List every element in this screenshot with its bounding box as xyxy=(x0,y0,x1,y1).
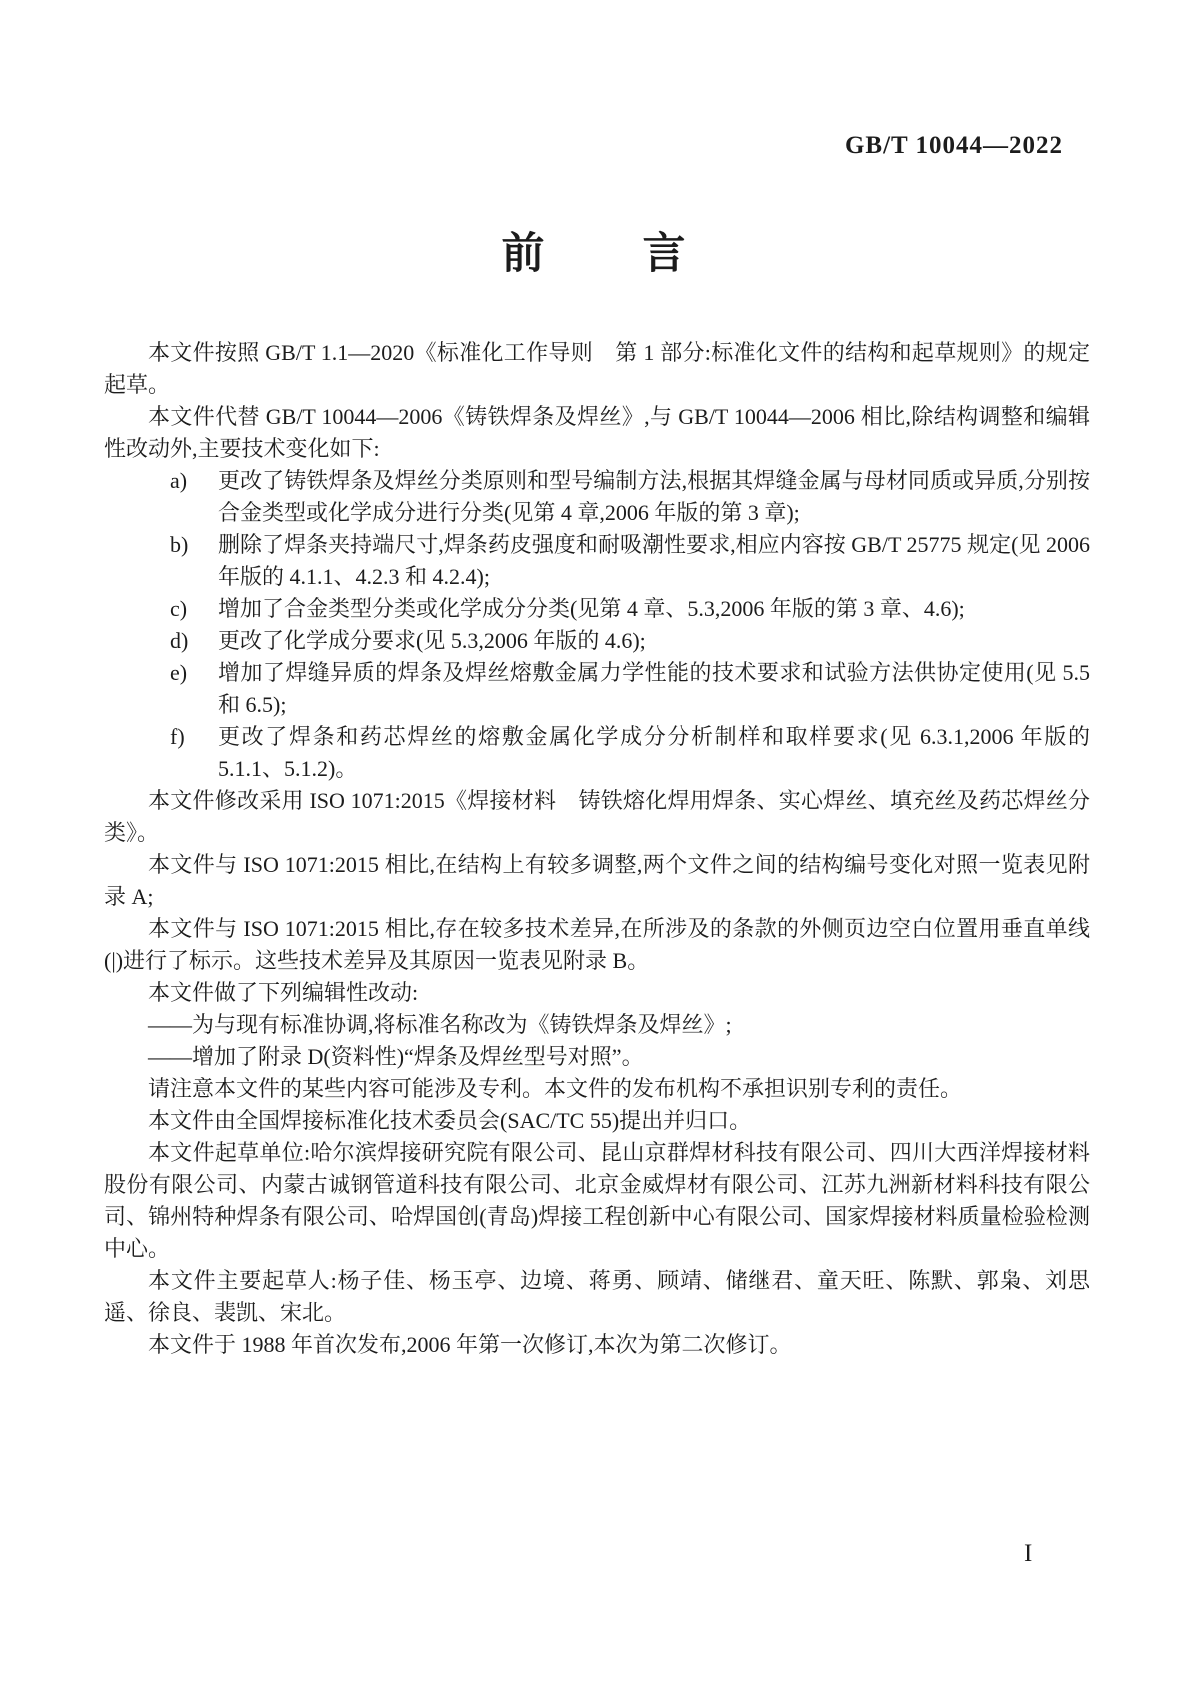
paragraph: 本文件代替 GB/T 10044—2006《铸铁焊条及焊丝》,与 GB/T 10… xyxy=(104,401,1090,465)
list-item-label: d) xyxy=(170,625,188,657)
paragraph: 本文件修改采用 ISO 1071:2015《焊接材料 铸铁熔化焊用焊条、实心焊丝… xyxy=(104,785,1090,849)
paragraph: 本文件主要起草人:杨子佳、杨玉亭、边境、蒋勇、顾靖、储继君、童天旺、陈默、郭枭、… xyxy=(104,1265,1090,1329)
change-list-item: b)删除了焊条夹持端尺寸,焊条药皮强度和耐吸潮性要求,相应内容按 GB/T 25… xyxy=(104,529,1090,593)
change-list-item: c)增加了合金类型分类或化学成分分类(见第 4 章、5.3,2006 年版的第 … xyxy=(104,593,1090,625)
paragraph: 本文件起草单位:哈尔滨焊接研究院有限公司、昆山京群焊材科技有限公司、四川大西洋焊… xyxy=(104,1137,1090,1265)
paragraph: 本文件由全国焊接标准化技术委员会(SAC/TC 55)提出并归口。 xyxy=(104,1105,1090,1137)
change-list-item: a)更改了铸铁焊条及焊丝分类原则和型号编制方法,根据其焊缝金属与母材同质或异质,… xyxy=(104,465,1090,529)
standard-code: GB/T 10044—2022 xyxy=(845,132,1063,160)
paragraph: 本文件按照 GB/T 1.1—2020《标准化工作导则 第 1 部分:标准化文件… xyxy=(104,337,1090,401)
page-number: I xyxy=(1024,1540,1032,1568)
list-item-label: b) xyxy=(170,529,188,561)
paragraph: 本文件与 ISO 1071:2015 相比,在结构上有较多调整,两个文件之间的结… xyxy=(104,849,1090,913)
list-item-text: 更改了焊条和药芯焊丝的熔敷金属化学成分分析制样和取样要求(见 6.3.1,200… xyxy=(218,724,1090,781)
list-item-text: 更改了铸铁焊条及焊丝分类原则和型号编制方法,根据其焊缝金属与母材同质或异质,分别… xyxy=(218,468,1090,525)
list-item-label: c) xyxy=(170,593,187,625)
change-list-item: d)更改了化学成分要求(见 5.3,2006 年版的 4.6); xyxy=(104,625,1090,657)
paragraph: 请注意本文件的某些内容可能涉及专利。本文件的发布机构不承担识别专利的责任。 xyxy=(104,1073,1090,1105)
page-title: 前 言 xyxy=(0,220,1191,281)
change-list-item: f)更改了焊条和药芯焊丝的熔敷金属化学成分分析制样和取样要求(见 6.3.1,2… xyxy=(104,721,1090,785)
list-item-label: f) xyxy=(170,721,185,753)
list-item-text: 增加了合金类型分类或化学成分分类(见第 4 章、5.3,2006 年版的第 3 … xyxy=(218,596,965,621)
list-item-text: 删除了焊条夹持端尺寸,焊条药皮强度和耐吸潮性要求,相应内容按 GB/T 2577… xyxy=(218,532,1090,589)
list-item-label: e) xyxy=(170,657,187,689)
list-item-text: 增加了焊缝异质的焊条及焊丝熔敷金属力学性能的技术要求和试验方法供协定使用(见 5… xyxy=(218,660,1090,717)
paragraph: 本文件与 ISO 1071:2015 相比,存在较多技术差异,在所涉及的条款的外… xyxy=(104,913,1090,977)
paragraph: ——为与现有标准协调,将标准名称改为《铸铁焊条及焊丝》; xyxy=(104,1009,1090,1041)
list-item-label: a) xyxy=(170,465,187,497)
paragraph: 本文件做了下列编辑性改动: xyxy=(104,977,1090,1009)
paragraph: 本文件于 1988 年首次发布,2006 年第一次修订,本次为第二次修订。 xyxy=(104,1329,1090,1361)
foreword-body: 本文件按照 GB/T 1.1—2020《标准化工作导则 第 1 部分:标准化文件… xyxy=(104,337,1090,1361)
list-item-text: 更改了化学成分要求(见 5.3,2006 年版的 4.6); xyxy=(218,628,646,653)
paragraph: ——增加了附录 D(资料性)“焊条及焊丝型号对照”。 xyxy=(104,1041,1090,1073)
change-list-item: e)增加了焊缝异质的焊条及焊丝熔敷金属力学性能的技术要求和试验方法供协定使用(见… xyxy=(104,657,1090,721)
document-page: GB/T 10044—2022 前 言 本文件按照 GB/T 1.1—2020《… xyxy=(0,0,1191,1684)
